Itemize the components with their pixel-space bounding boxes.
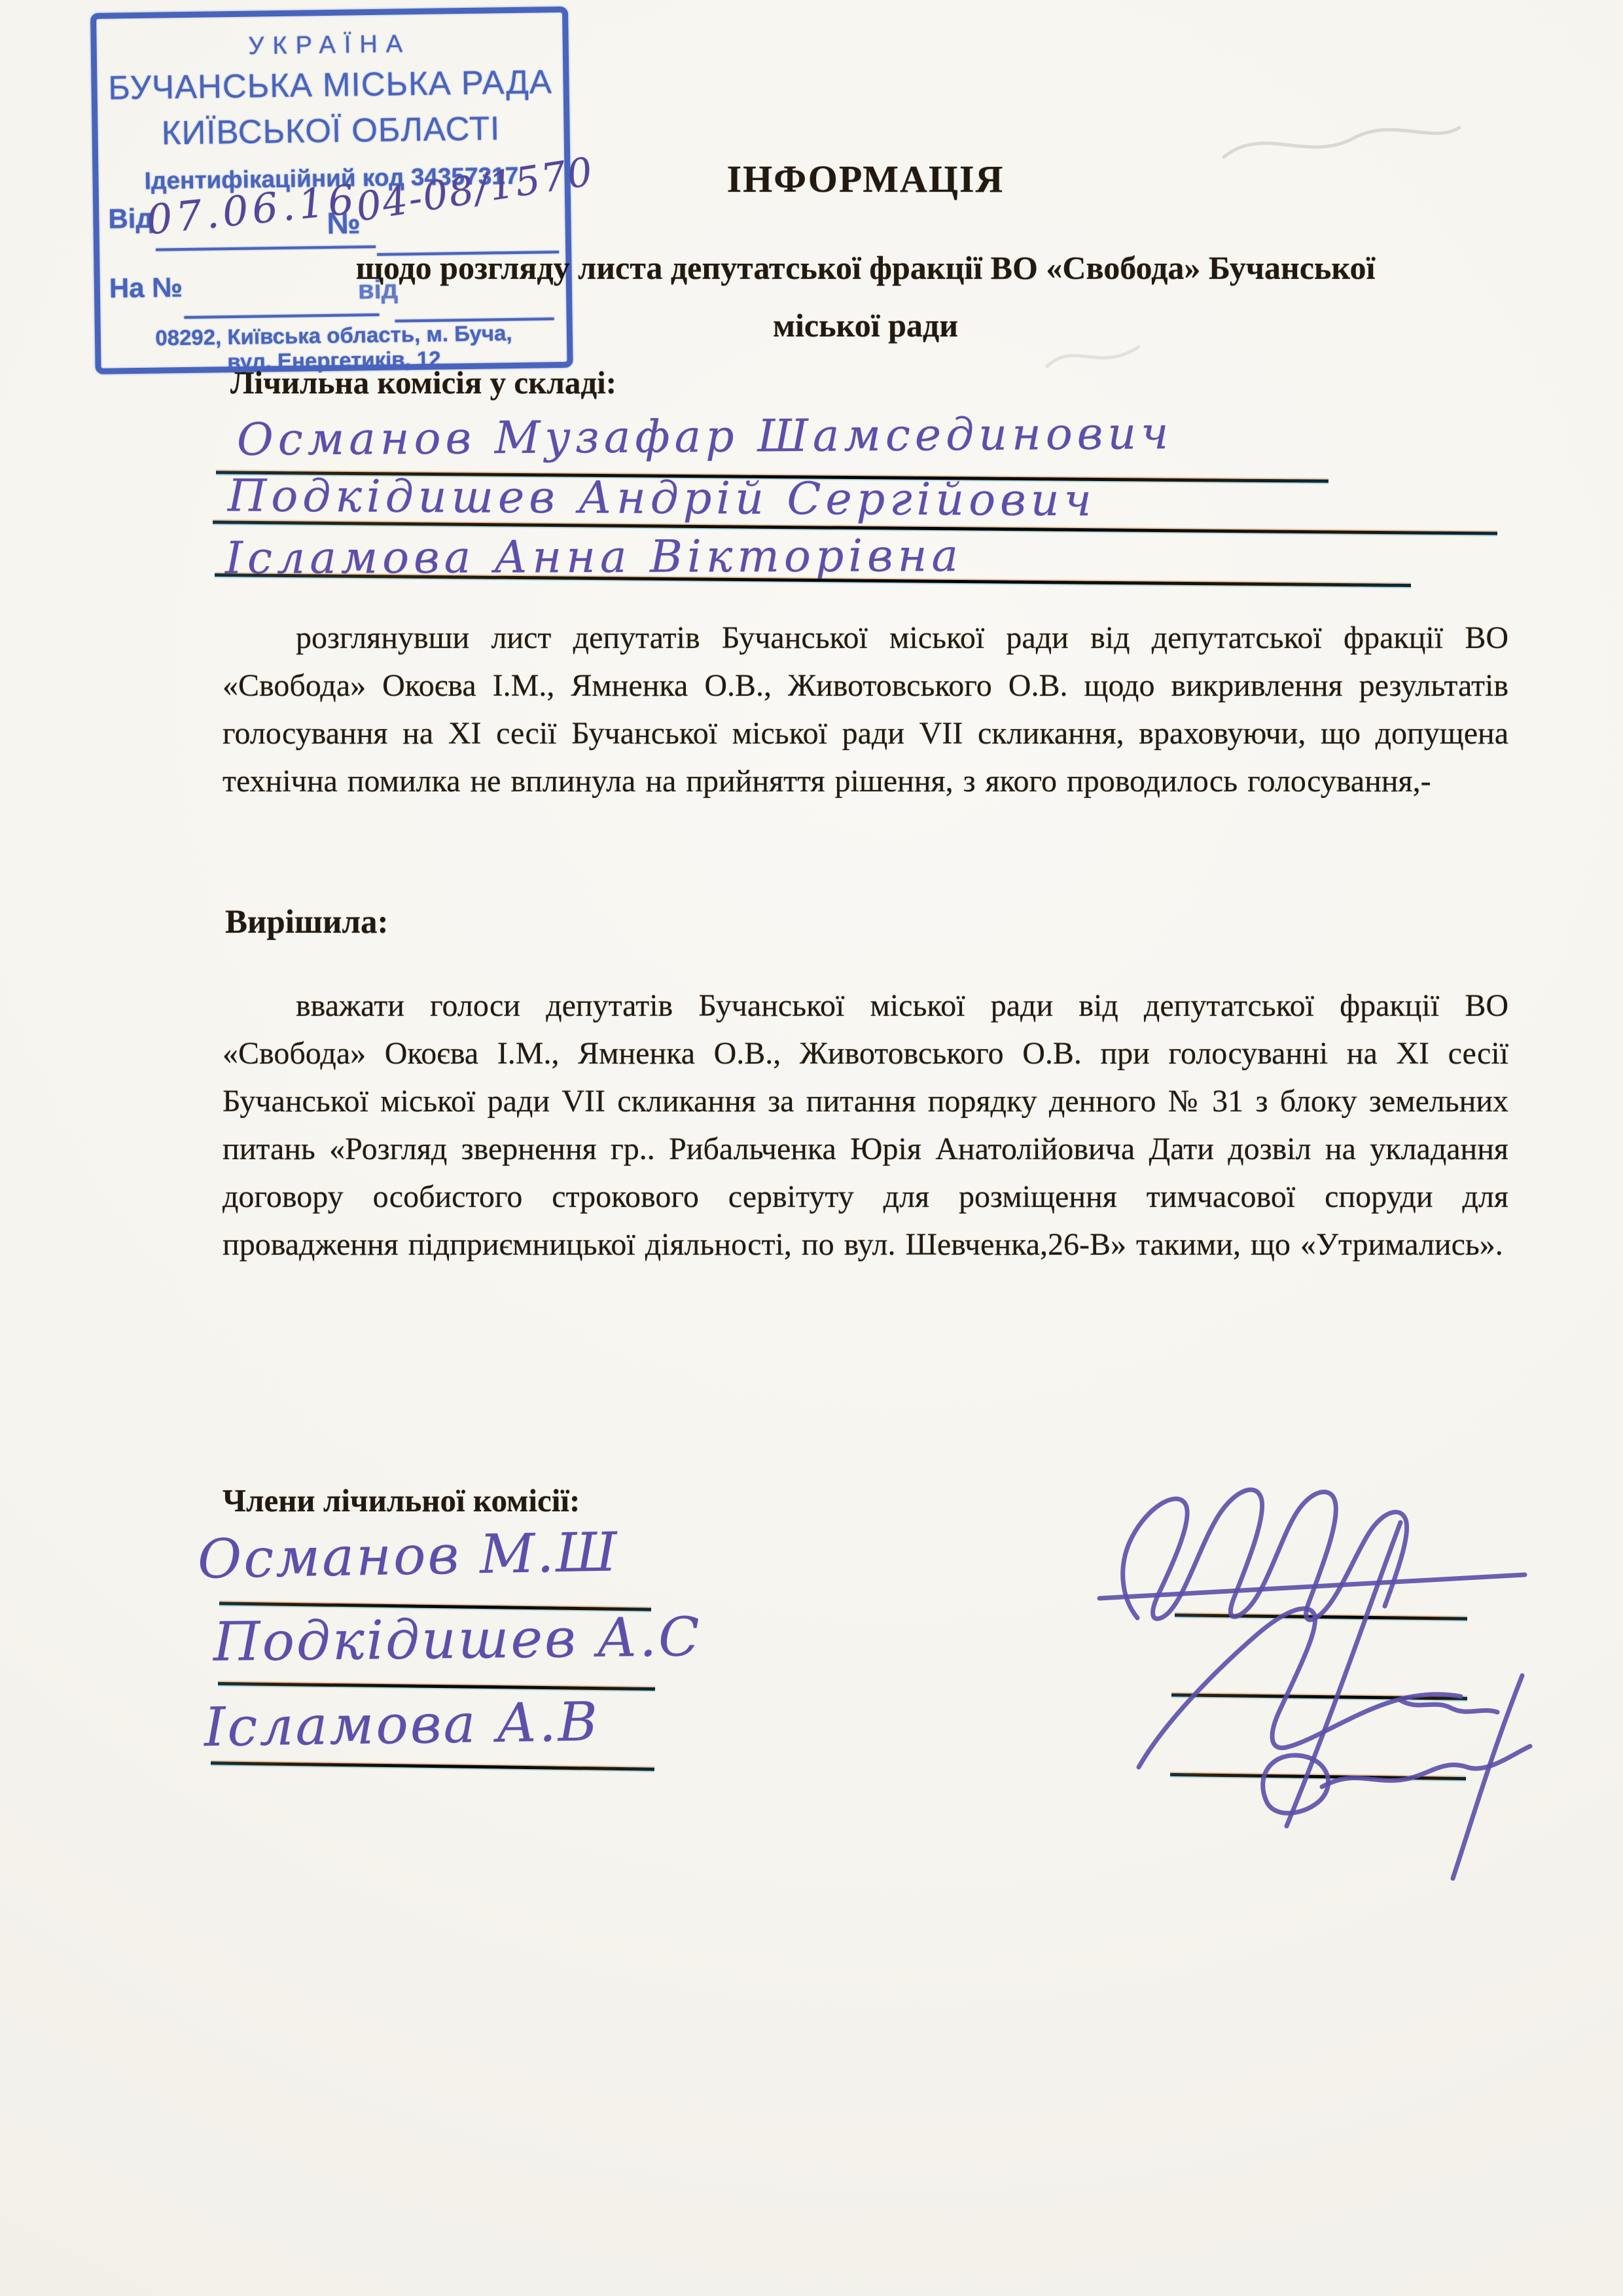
members-heading: Члени лічильної комісії:: [223, 1482, 580, 1519]
stamp-incoming-label: На №: [109, 272, 183, 304]
handwritten-member-name-2: Подкідишев Андрій Сергійович: [228, 471, 1096, 527]
handwritten-signature-name-2: Подкідишев А.С: [213, 1606, 702, 1674]
stamp-incoming-from-label: від: [358, 275, 399, 305]
stamp-number-line: [377, 251, 559, 256]
scanned-document-page: ІНФОРМАЦІЯ щодо розгляду листа депутатсь…: [0, 0, 1623, 2296]
signature-line-left-3: [211, 1761, 654, 1770]
decision-heading: Вирішила:: [225, 903, 388, 941]
signature-scribbles: [1060, 1460, 1558, 1892]
pencil-mark-small: [1041, 327, 1145, 386]
signature-tail-stroke: [1453, 1676, 1522, 1878]
handwritten-signature-name-1: Османов М.Ш: [197, 1521, 619, 1590]
signature-zigzag-stroke: [1400, 1700, 1497, 1712]
paragraph-decision: вважати голоси депутатів Бучанської місь…: [223, 982, 1508, 1268]
handwritten-member-name-1: Османов Музафар Шамсединович: [237, 408, 1173, 466]
handwritten-signature-name-3: Ісламова А.В: [204, 1691, 599, 1759]
paragraph-considering: розглянувши лист депутатів Бучанської мі…: [223, 614, 1508, 805]
stamp-country: УКРАЇНА: [96, 28, 563, 63]
handwritten-reg-number: 04-08/1570: [353, 149, 597, 230]
stamp-date-line: [156, 245, 376, 251]
stamp-org-name-line1: БУЧАНСЬКА МІСЬКА РАДА: [97, 62, 563, 107]
signature-scribble-top: [1123, 1490, 1407, 1620]
stamp-incoming-line: [184, 314, 379, 319]
stamp-org-name-line2: КИЇВСЬКОЇ ОБЛАСТІ: [98, 108, 564, 153]
signature-line-left-2: [218, 1682, 655, 1691]
pencil-mark: [1211, 98, 1472, 190]
signature-scribble-bottom-wave: [1322, 1746, 1530, 1787]
official-stamp: УКРАЇНА БУЧАНСЬКА МІСЬКА РАДА КИЇВСЬКОЇ …: [90, 7, 573, 374]
signature-scribble-middle: [1139, 1609, 1461, 1767]
